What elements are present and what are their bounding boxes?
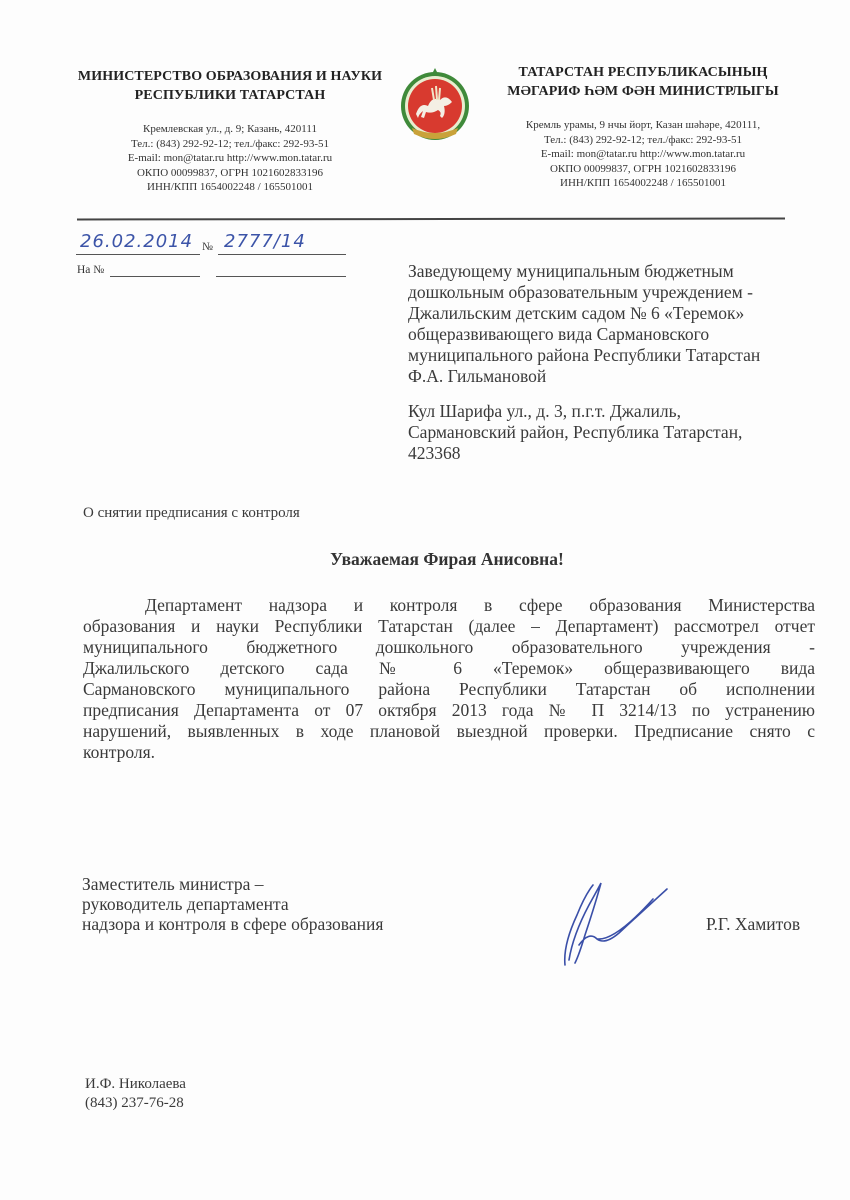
reference-number-line <box>216 276 346 277</box>
inn-line: ИНН/КПП 1654002248 / 165501001 <box>70 180 390 195</box>
letter-body: Департамент надзора и контроля в сфере о… <box>83 595 815 763</box>
addressee-line: общеразвивающего вида Сармановского <box>408 324 828 345</box>
letter-subject: О снятии предписания с контроля <box>83 505 300 522</box>
ministry-name-tt: ТАТАРСТАН РЕСПУБЛИКАСЫНЫҢ МӘГАРИФ ҺӘМ ФӘ… <box>483 63 803 101</box>
letterhead-right: ТАТАРСТАН РЕСПУБЛИКАСЫНЫҢ МӘГАРИФ ҺӘМ ФӘ… <box>483 63 803 191</box>
letterhead-left: МИНИСТЕРСТВО ОБРАЗОВАНИЯ И НАУКИ РЕСПУБЛ… <box>70 67 390 195</box>
position-line: руководитель департамента <box>82 894 383 914</box>
email-line: E-mail: mon@tatar.ru http://www.mon.tata… <box>483 147 803 162</box>
executor-name: И.Ф. Николаева <box>85 1075 186 1094</box>
addressee-line: муниципального района Республики Татарст… <box>408 345 828 366</box>
signatory-position: Заместитель министра – руководитель депа… <box>82 874 383 934</box>
address-line: Кремлевская ул., д. 9; Казань, 420111 <box>70 122 390 137</box>
body-line: контроля. <box>83 742 815 763</box>
email-line: E-mail: mon@tatar.ru http://www.mon.tata… <box>70 151 390 166</box>
body-line: Джалильского детского сада № 6 «Теремок»… <box>83 658 815 679</box>
ministry-name-ru: МИНИСТЕРСТВО ОБРАЗОВАНИЯ И НАУКИ РЕСПУБЛ… <box>70 67 390 105</box>
addressee-block: Заведующему муниципальным бюджетным дошк… <box>408 261 828 464</box>
phone-line: Тел.: (843) 292-92-12; тел./факс: 292-93… <box>483 133 803 148</box>
addressee-line: дошкольным образовательным учреждением - <box>408 282 828 303</box>
addressee-postcode: 423368 <box>408 443 828 464</box>
number-underline <box>218 254 346 255</box>
ministry-contacts-ru: Кремлевская ул., д. 9; Казань, 420111 Те… <box>70 122 390 195</box>
number-label: № <box>202 241 213 253</box>
addressee-line: Заведующему муниципальным бюджетным <box>408 261 828 282</box>
addressee-line: Джалильским детским садом № 6 «Теремок» <box>408 303 828 324</box>
body-line: образования и науки Республики Татарстан… <box>83 616 815 637</box>
ministry-name-line: МӘГАРИФ ҺӘМ ФӘН МИНИСТРЛЫГЫ <box>483 82 803 101</box>
handwritten-signature-icon <box>555 875 675 970</box>
letterhead-divider <box>77 218 785 221</box>
body-line: предписания Департамента от 07 октября 2… <box>83 700 815 721</box>
body-line: нарушений, выявленных в ходе плановой вы… <box>83 721 815 742</box>
outgoing-number: 2777/14 <box>224 231 306 252</box>
position-line: Заместитель министра – <box>82 874 383 894</box>
addressee-name: Ф.А. Гильмановой <box>408 366 828 387</box>
outgoing-date: 26.02.2014 <box>80 231 193 252</box>
tatarstan-emblem-icon <box>396 66 474 144</box>
date-underline <box>76 254 200 255</box>
executor-block: И.Ф. Николаева (843) 237-76-28 <box>85 1075 186 1113</box>
body-line: муниципального бюджетного дошкольного об… <box>83 637 815 658</box>
okpo-line: ОКПО 00099837, ОГРН 1021602833196 <box>70 166 390 181</box>
addressee-address-line: Кул Шарифа ул., д. 3, п.г.т. Джалиль, <box>408 401 828 422</box>
address-line: Кремль урамы, 9 нчы йорт, Казан шәһәре, … <box>483 118 803 133</box>
ministry-contacts-tt: Кремль урамы, 9 нчы йорт, Казан шәһәре, … <box>483 118 803 191</box>
reference-label: На № <box>77 264 104 276</box>
position-line: надзора и контроля в сфере образования <box>82 914 383 934</box>
inn-line: ИНН/КПП 1654002248 / 165501001 <box>483 176 803 191</box>
greeting: Уважаемая Фирая Анисовна! <box>0 549 850 570</box>
okpo-line: ОКПО 00099837, ОГРН 1021602833196 <box>483 162 803 177</box>
body-line: Сармановского муниципального района Респ… <box>83 679 815 700</box>
executor-phone: (843) 237-76-28 <box>85 1094 186 1113</box>
phone-line: Тел.: (843) 292-92-12; тел./факс: 292-93… <box>70 137 390 152</box>
ministry-name-line: ТАТАРСТАН РЕСПУБЛИКАСЫНЫҢ <box>483 63 803 82</box>
reference-date-line <box>110 276 200 277</box>
addressee-address-line: Сармановский район, Республика Татарстан… <box>408 422 828 443</box>
signatory-name: Р.Г. Хамитов <box>706 914 800 934</box>
ministry-name-line: РЕСПУБЛИКИ ТАТАРСТАН <box>70 86 390 105</box>
ministry-name-line: МИНИСТЕРСТВО ОБРАЗОВАНИЯ И НАУКИ <box>70 67 390 86</box>
body-line: Департамент надзора и контроля в сфере о… <box>83 595 815 616</box>
